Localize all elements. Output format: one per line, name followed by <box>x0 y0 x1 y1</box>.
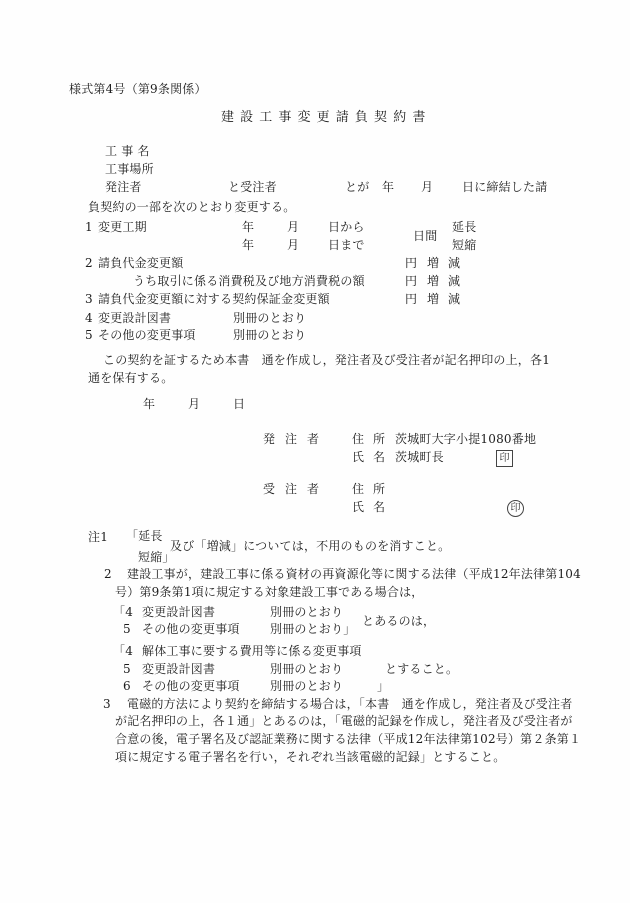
item1-from-day: 日から <box>328 218 365 236</box>
item5-number: 5 <box>85 326 93 344</box>
note2-number: 2 <box>104 565 112 583</box>
quote2-line3-number: 6 <box>123 677 131 695</box>
quote1-line2-label: その他の変更事項 <box>142 620 240 638</box>
item2-label: 請負代金変更額 <box>98 254 183 272</box>
intro-contractor-label: と受注者 <box>228 178 277 196</box>
quote1-line2-value: 別冊のとおり」 <box>270 620 355 638</box>
item2-decrease-label: 減 <box>448 254 460 272</box>
item5-value: 別冊のとおり <box>233 326 306 344</box>
item1-to-day: 日まで <box>328 236 365 254</box>
orderer-name-value: 茨城町長 <box>395 448 444 466</box>
contractor-seal-mark: 印 <box>507 500 524 517</box>
closing-line2: 通を保有する。 <box>88 369 173 387</box>
item2-sub-increase-label: 増 <box>427 272 439 290</box>
item4-value: 別冊のとおり <box>233 309 306 327</box>
orderer-role-label: 発注者 <box>263 430 329 448</box>
contractor-role-label: 受注者 <box>263 480 329 498</box>
note1-label: 注1 <box>88 528 108 546</box>
item2-sub-label: うち取引に係る消費税及び地方消費税の額 <box>133 272 365 290</box>
orderer-name-label: 氏名 <box>352 448 394 466</box>
note2-line1: 建設工事が，建設工事に係る資材の再資源化等に関する法律（平成12年法律第104 <box>127 565 581 583</box>
quote2-line2-suffix: とすること。 <box>385 660 458 678</box>
intro-orderer-label: 発注者 <box>105 178 142 196</box>
quote2-line3-label: その他の変更事項 <box>142 677 240 695</box>
item2-increase-label: 増 <box>427 254 439 272</box>
contractor-seal-text: 印 <box>511 504 521 514</box>
item1-to-month: 月 <box>287 236 299 254</box>
project-site-label: 工事場所 <box>105 160 154 178</box>
note1-bracket-top: 「延長 <box>126 527 163 545</box>
item1-to-year: 年 <box>242 236 254 254</box>
item2-yen-label: 円 <box>405 254 417 272</box>
item3-label: 請負代金変更額に対する契約保証金変更額 <box>98 290 330 308</box>
item2-sub-yen-label: 円 <box>405 272 417 290</box>
closing-line1: この契約を証するため本書 通を作成し，発注者及び受注者が記名押印の上，各1 <box>103 351 550 369</box>
intro-month-label: 月 <box>421 178 433 196</box>
item2-sub-decrease-label: 減 <box>448 272 460 290</box>
quote2-line2-value: 別冊のとおり <box>270 660 343 678</box>
contractor-address-label: 住所 <box>352 480 394 498</box>
item1-extend-label: 延長 <box>452 218 476 236</box>
orderer-seal-mark: 印 <box>496 450 513 467</box>
quote1-line1-value: 別冊のとおり <box>270 603 343 621</box>
item1-number: 1 <box>85 218 93 236</box>
note1-text: 及び「増減」については，不用のものを消すこと。 <box>170 537 450 555</box>
quote2-open-number: 「4 <box>113 642 133 660</box>
item3-yen-label: 円 <box>405 290 417 308</box>
contractor-name-label: 氏名 <box>352 498 394 516</box>
quote2-line2-number: 5 <box>123 660 131 678</box>
note3-line3: 合意の後，電子署名及び認証業務に関する法律（平成12年法律第102号）第２条第１ <box>115 730 581 748</box>
note2-line2: 号）第9条第1項に規定する対象建設工事である場合は， <box>115 583 423 601</box>
note3-line4: 項に規定する電子署名を行い，それぞれ当該電磁的記録」とすること。 <box>115 748 505 766</box>
date-month-label: 月 <box>188 395 200 413</box>
item1-days-label: 日間 <box>413 227 437 245</box>
item3-number: 3 <box>85 290 93 308</box>
orderer-address-label: 住所 <box>352 430 394 448</box>
intro-line2: 負契約の一部を次のとおり変更する。 <box>88 198 295 216</box>
quote1-open-number: 「4 <box>113 603 133 621</box>
item1-from-year: 年 <box>242 218 254 236</box>
quote2-line2-label: 変更設計図書 <box>142 660 215 678</box>
orderer-seal-text: 印 <box>500 454 510 464</box>
item1-shorten-label: 短縮 <box>452 236 476 254</box>
date-day-label: 日 <box>233 395 245 413</box>
intro-toga: とが <box>345 178 369 196</box>
quote1-line2-number: 5 <box>123 620 131 638</box>
item3-decrease-label: 減 <box>448 290 460 308</box>
item4-label: 変更設計図書 <box>98 309 171 327</box>
orderer-address-value: 茨城町大字小提1080番地 <box>395 430 536 448</box>
quote2-line3-value: 別冊のとおり <box>270 677 343 695</box>
intro-day-tail: 日に締結した請 <box>462 178 547 196</box>
date-year-label: 年 <box>143 395 155 413</box>
intro-year-label: 年 <box>382 178 394 196</box>
quote1-line1-label: 変更設計図書 <box>142 603 215 621</box>
note3-number: 3 <box>103 695 111 713</box>
document-title: 建 設 工 事 変 更 請 負 契 約 書 <box>221 109 426 127</box>
item1-from-month: 月 <box>287 218 299 236</box>
item2-number: 2 <box>85 254 93 272</box>
document-page: 様式第4号（第9条関係） 建 設 工 事 変 更 請 負 契 約 書 工 事 名… <box>0 0 630 903</box>
item3-increase-label: 増 <box>427 290 439 308</box>
item1-label: 変更工期 <box>98 218 147 236</box>
quote2-line1-text: 解体工事に要する費用等に係る変更事項 <box>142 642 362 660</box>
quote1-suffix: とあるのは， <box>362 612 435 630</box>
quote2-close-bracket: 」 <box>377 677 389 695</box>
note3-line2: が記名押印の上，各１通」とあるのは，「電磁的記録を作成し，発注者及び受注者が <box>115 712 573 730</box>
item5-label: その他の変更事項 <box>98 326 196 344</box>
item4-number: 4 <box>85 309 93 327</box>
note3-line1: 電磁的方法により契約を締結する場合は，「本書 通を作成し，発注者及び受注者 <box>127 695 572 713</box>
form-label: 様式第4号（第9条関係） <box>69 80 207 98</box>
project-name-label: 工 事 名 <box>105 142 150 160</box>
